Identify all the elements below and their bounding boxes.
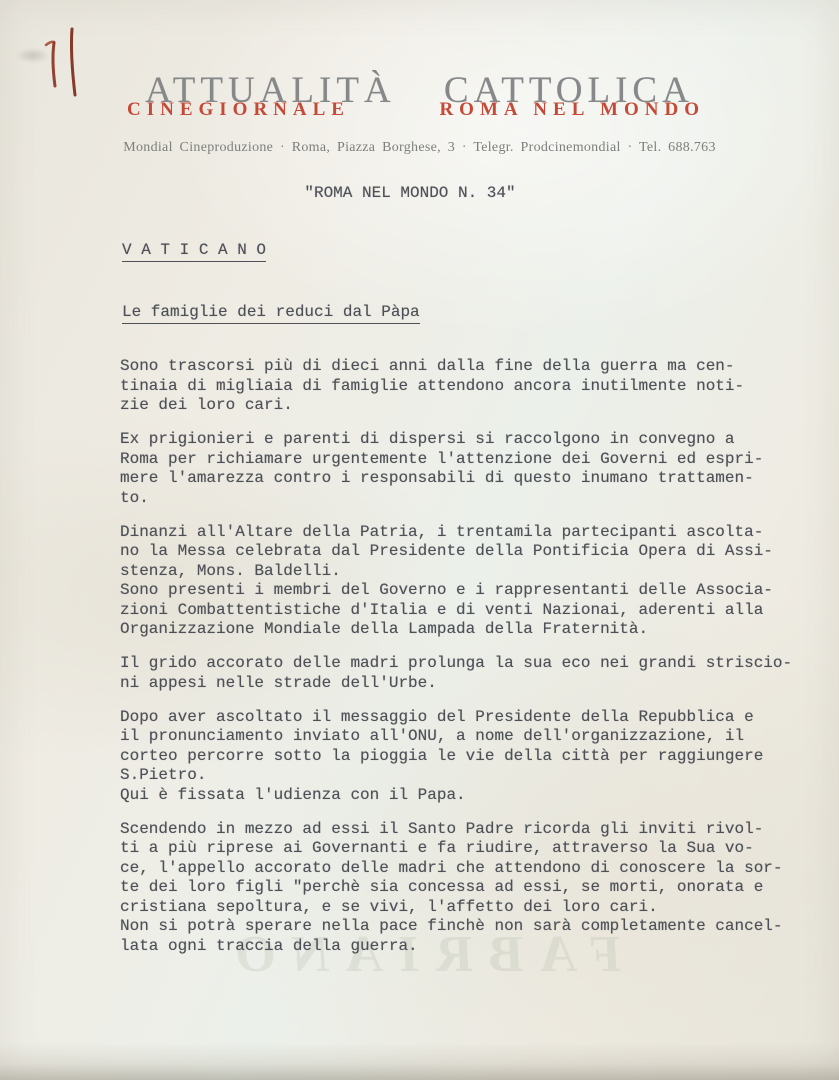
paragraph-5: Dopo aver ascoltato il messaggio del Pre… [120,708,832,806]
section-heading-container: V A T I C A N O [122,241,266,262]
masthead-subtitle: CINEGIORNALE ROMA NEL MONDO [127,99,705,121]
article-headline: Le famiglie dei reduci dal Pàpa [122,303,420,324]
subtitle-roma-nel-mondo: ROMA NEL MONDO [439,99,705,121]
paragraph-2: Ex prigionieri e parenti di dispersi si … [120,430,832,508]
letterhead-address: Mondial Cineproduzione · Roma, Piazza Bo… [0,140,839,156]
article-headline-container: Le famiglie dei reduci dal Pàpa [122,303,420,324]
section-heading: V A T I C A N O [122,241,266,262]
newsreel-number: "ROMA NEL MONDO N. 34" [55,184,765,202]
paragraph-6: Scendendo in mezzo ad essi il Santo Padr… [120,820,832,957]
article-body: Sono trascorsi più di dieci anni dalla f… [120,357,832,971]
scanned-letter-page: FABRIANO ATTUALITÀ CATTOLICA CINEGIORNAL… [0,0,839,1080]
subtitle-cinegiornale: CINEGIORNALE [127,99,350,121]
paragraph-4: Il grido accorato delle madri prolunga l… [120,654,832,693]
paragraph-3: Dinanzi all'Altare della Patria, i trent… [120,523,832,640]
paragraph-1: Sono trascorsi più di dieci anni dalla f… [120,357,832,416]
